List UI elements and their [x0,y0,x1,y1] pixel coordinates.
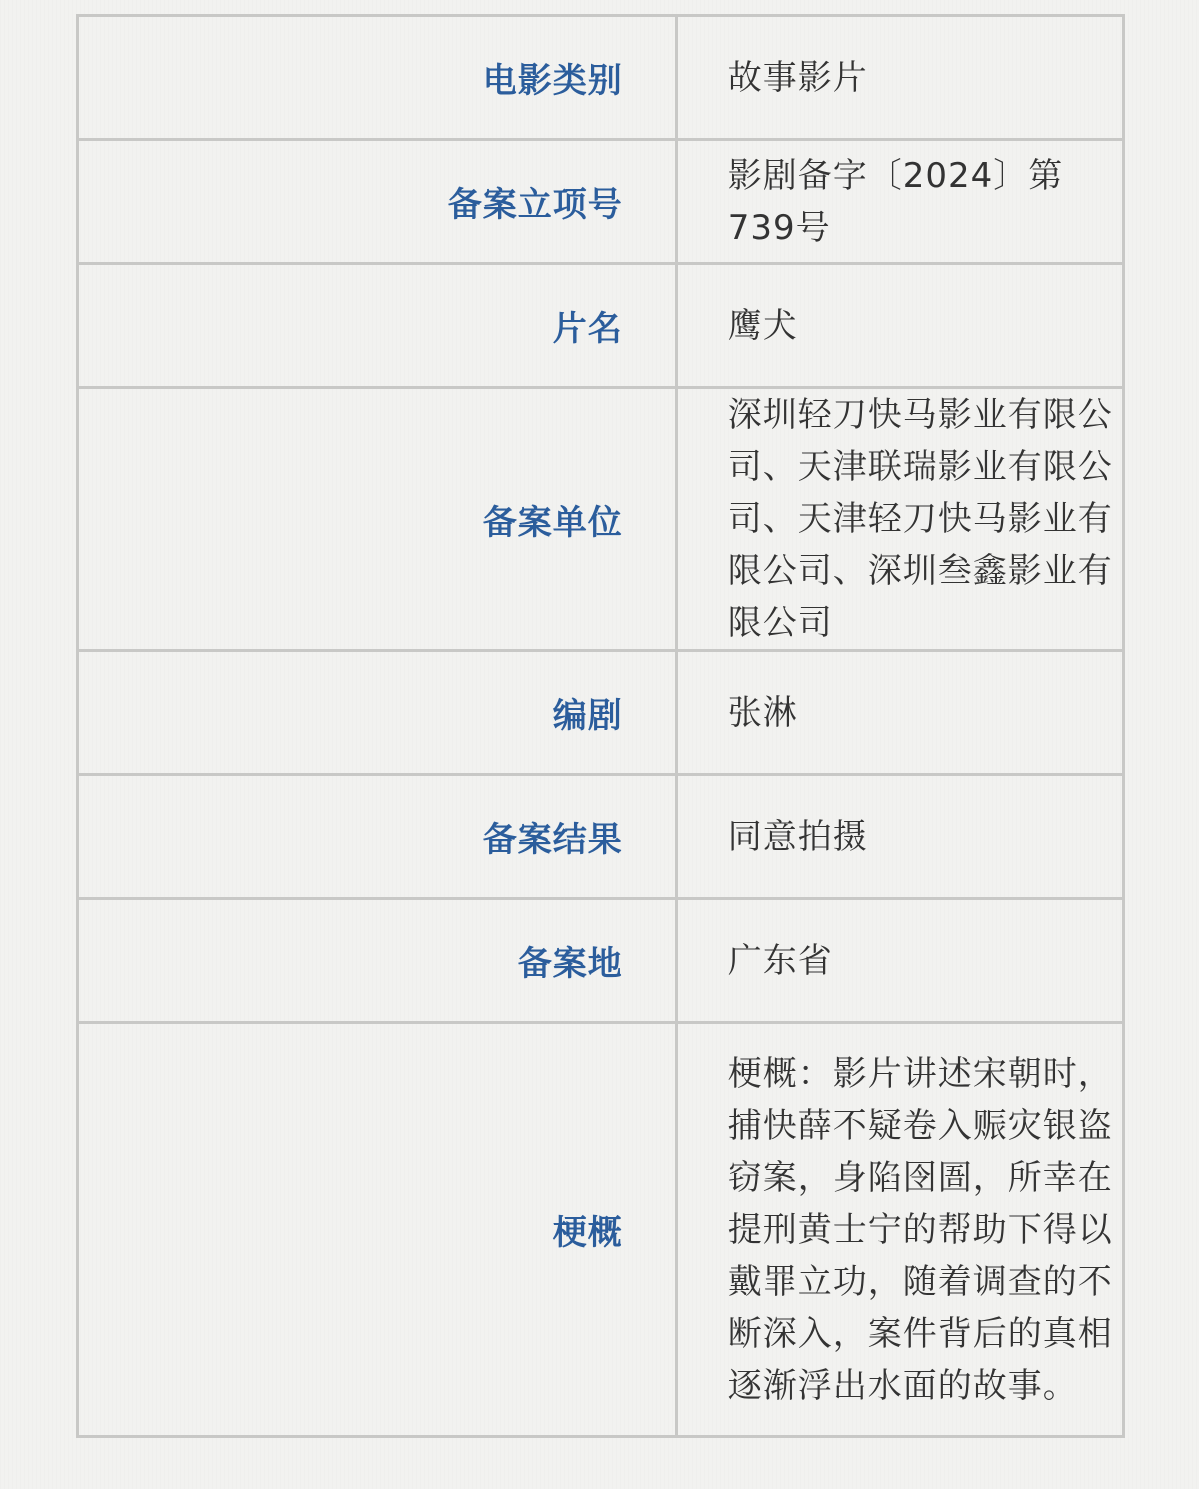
row-label: 片名 [78,264,677,388]
table-row-title: 片名 鹰犬 [78,264,1124,388]
row-value: 深圳轻刀快马影业有限公司、天津联瑞影业有限公司、天津轻刀快马影业有限公司、深圳叁… [676,388,1123,651]
table-row-screenwriter: 编剧 张淋 [78,651,1124,775]
row-value: 梗概：影片讲述宋朝时，捕快薛不疑卷入赈灾银盗窃案，身陷囹圄，所幸在提刑黄士宁的帮… [676,1023,1123,1437]
film-registration-table: 电影类别 故事影片 备案立项号 影剧备字〔2024〕第739号 片名 鹰犬 备案… [76,14,1125,1438]
row-value: 故事影片 [676,16,1123,140]
row-value: 鹰犬 [676,264,1123,388]
table-row-category: 电影类别 故事影片 [78,16,1124,140]
row-label: 编剧 [78,651,677,775]
table-row-registration-number: 备案立项号 影剧备字〔2024〕第739号 [78,140,1124,264]
row-value: 张淋 [676,651,1123,775]
row-label: 备案单位 [78,388,677,651]
row-value: 影剧备字〔2024〕第739号 [676,140,1123,264]
row-label: 电影类别 [78,16,677,140]
row-label: 备案地 [78,899,677,1023]
row-label: 备案结果 [78,775,677,899]
table-row-result: 备案结果 同意拍摄 [78,775,1124,899]
table-row-registrant: 备案单位 深圳轻刀快马影业有限公司、天津联瑞影业有限公司、天津轻刀快马影业有限公… [78,388,1124,651]
row-value: 广东省 [676,899,1123,1023]
table-row-synopsis: 梗概 梗概：影片讲述宋朝时，捕快薛不疑卷入赈灾银盗窃案，身陷囹圄，所幸在提刑黄士… [78,1023,1124,1437]
table-row-location: 备案地 广东省 [78,899,1124,1023]
row-label: 梗概 [78,1023,677,1437]
row-label: 备案立项号 [78,140,677,264]
row-value: 同意拍摄 [676,775,1123,899]
